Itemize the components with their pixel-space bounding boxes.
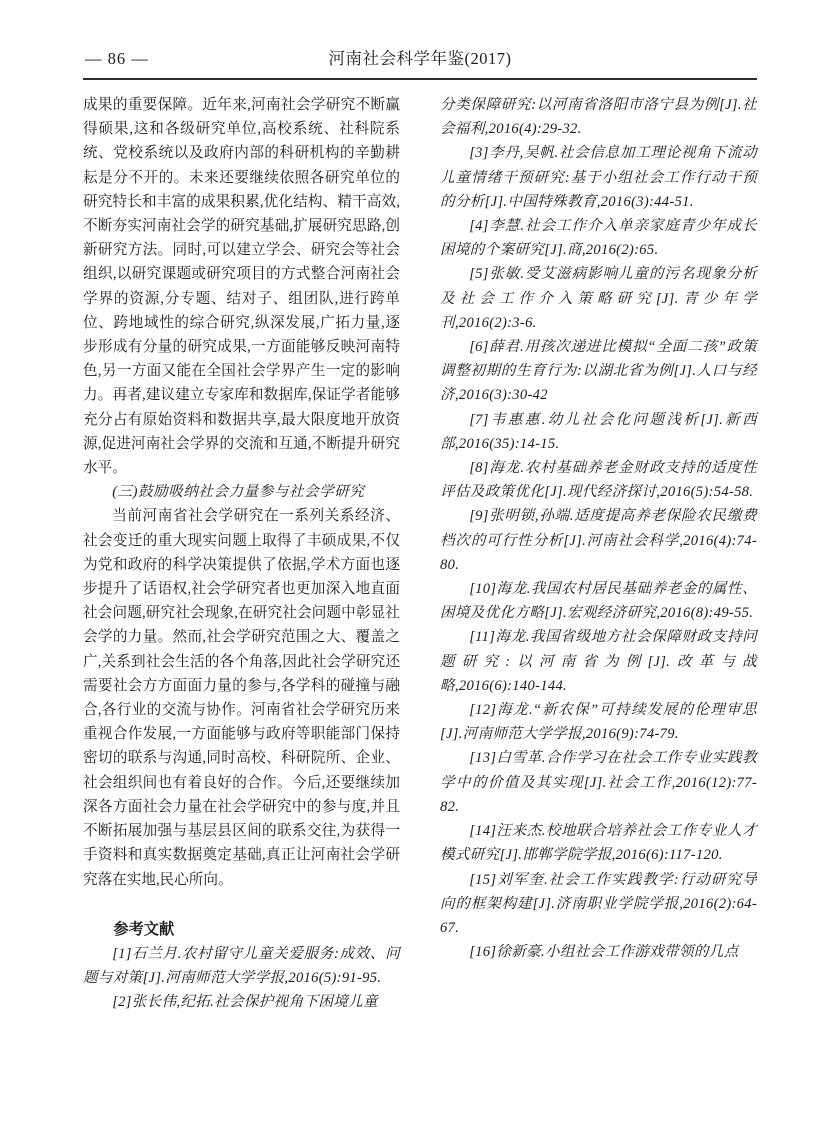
header-title: 河南社会科学年鉴(2017) [83, 46, 757, 72]
reference-item: [12]海龙.“新农保”可持续发展的伦理审思[J].河南师范大学学报,2016(… [440, 698, 757, 746]
text-columns: 成果的重要保障。近年来,河南社会学研究不断赢得硕果,这和各级研究单位,高校系统、… [83, 93, 757, 1015]
reference-item: [11]海龙.我国省级地方社会保障财政支持问题研究:以河南省为例[J].改革与战… [440, 625, 757, 698]
reference-item-split-start: [16]徐新豪.小组社会工作游戏带领的几点 [440, 940, 757, 964]
reference-item-split-start: [2]张长伟,纪拓.社会保护视角下困境儿童 [83, 990, 400, 1014]
body-paragraph-continuation: 成果的重要保障。近年来,河南社会学研究不断赢得硕果,这和各级研究单位,高校系统、… [83, 93, 400, 480]
yearbook-page: — 86 — 河南社会科学年鉴(2017) 成果的重要保障。近年来,河南社会学研… [0, 0, 839, 1135]
reference-item: [10]海龙.我国农村居民基础养老金的属性、困境及优化方略[J].宏观经济研究,… [440, 577, 757, 625]
reference-item: [5]张敏.受艾滋病影响儿童的污名现象分析及社会工作介入策略研究[J].青少年学… [440, 262, 757, 335]
left-column: 成果的重要保障。近年来,河南社会学研究不断赢得硕果,这和各级研究单位,高校系统、… [83, 93, 400, 1015]
page-number: — 86 — [85, 46, 149, 72]
reference-item: [6]薛君.用孩次递进比模拟“全面二孩”政策调整初期的生育行为:以湖北省为例[J… [440, 335, 757, 408]
reference-item: [3]李丹,吴帆.社会信息加工理论视角下流动儿童情绪干预研究:基于小组社会工作行… [440, 141, 757, 214]
reference-item: [15]刘军奎.社会工作实践教学:行动研究导向的框架构建[J].济南职业学院学报… [440, 868, 757, 941]
header-rule [83, 78, 757, 80]
reference-item: [4]李慧.社会工作介入单亲家庭青少年成长困境的个案研究[J].商,2016(2… [440, 214, 757, 262]
page-header: — 86 — 河南社会科学年鉴(2017) [83, 46, 757, 72]
reference-item-split-end: 分类保障研究:以河南省洛阳市洛宁县为例[J].社会福利,2016(4):29-3… [440, 93, 757, 141]
reference-item: [7]韦惠惠.幼儿社会化问题浅析[J].新西部,2016(35):14-15. [440, 408, 757, 456]
body-paragraph: 当前河南省社会学研究在一系列关系经济、社会变迁的重大现实问题上取得了丰硕成果,不… [83, 504, 400, 891]
reference-item: [13]白雪革.合作学习在社会工作专业实践教学中的价值及其实现[J].社会工作,… [440, 746, 757, 819]
reference-item: [1]石兰月.农村留守儿童关爱服务:成效、问题与对策[J].河南师范大学学报,2… [83, 942, 400, 990]
reference-item: [8]海龙.农村基础养老金财政支持的适度性评估及政策优化[J].现代经济探讨,2… [440, 456, 757, 504]
references-heading: 参考文献 [83, 918, 400, 942]
right-column: 分类保障研究:以河南省洛阳市洛宁县为例[J].社会福利,2016(4):29-3… [440, 93, 757, 1015]
reference-item: [9]张明锁,孙端.适度提高养老保险农民缴费档次的可行性分析[J].河南社会科学… [440, 504, 757, 577]
reference-item: [14]汪来杰.校地联合培养社会工作专业人才模式研究[J].邯郸学院学报,201… [440, 819, 757, 867]
section-heading: (三)鼓励吸纳社会力量参与社会学研究 [83, 480, 400, 504]
